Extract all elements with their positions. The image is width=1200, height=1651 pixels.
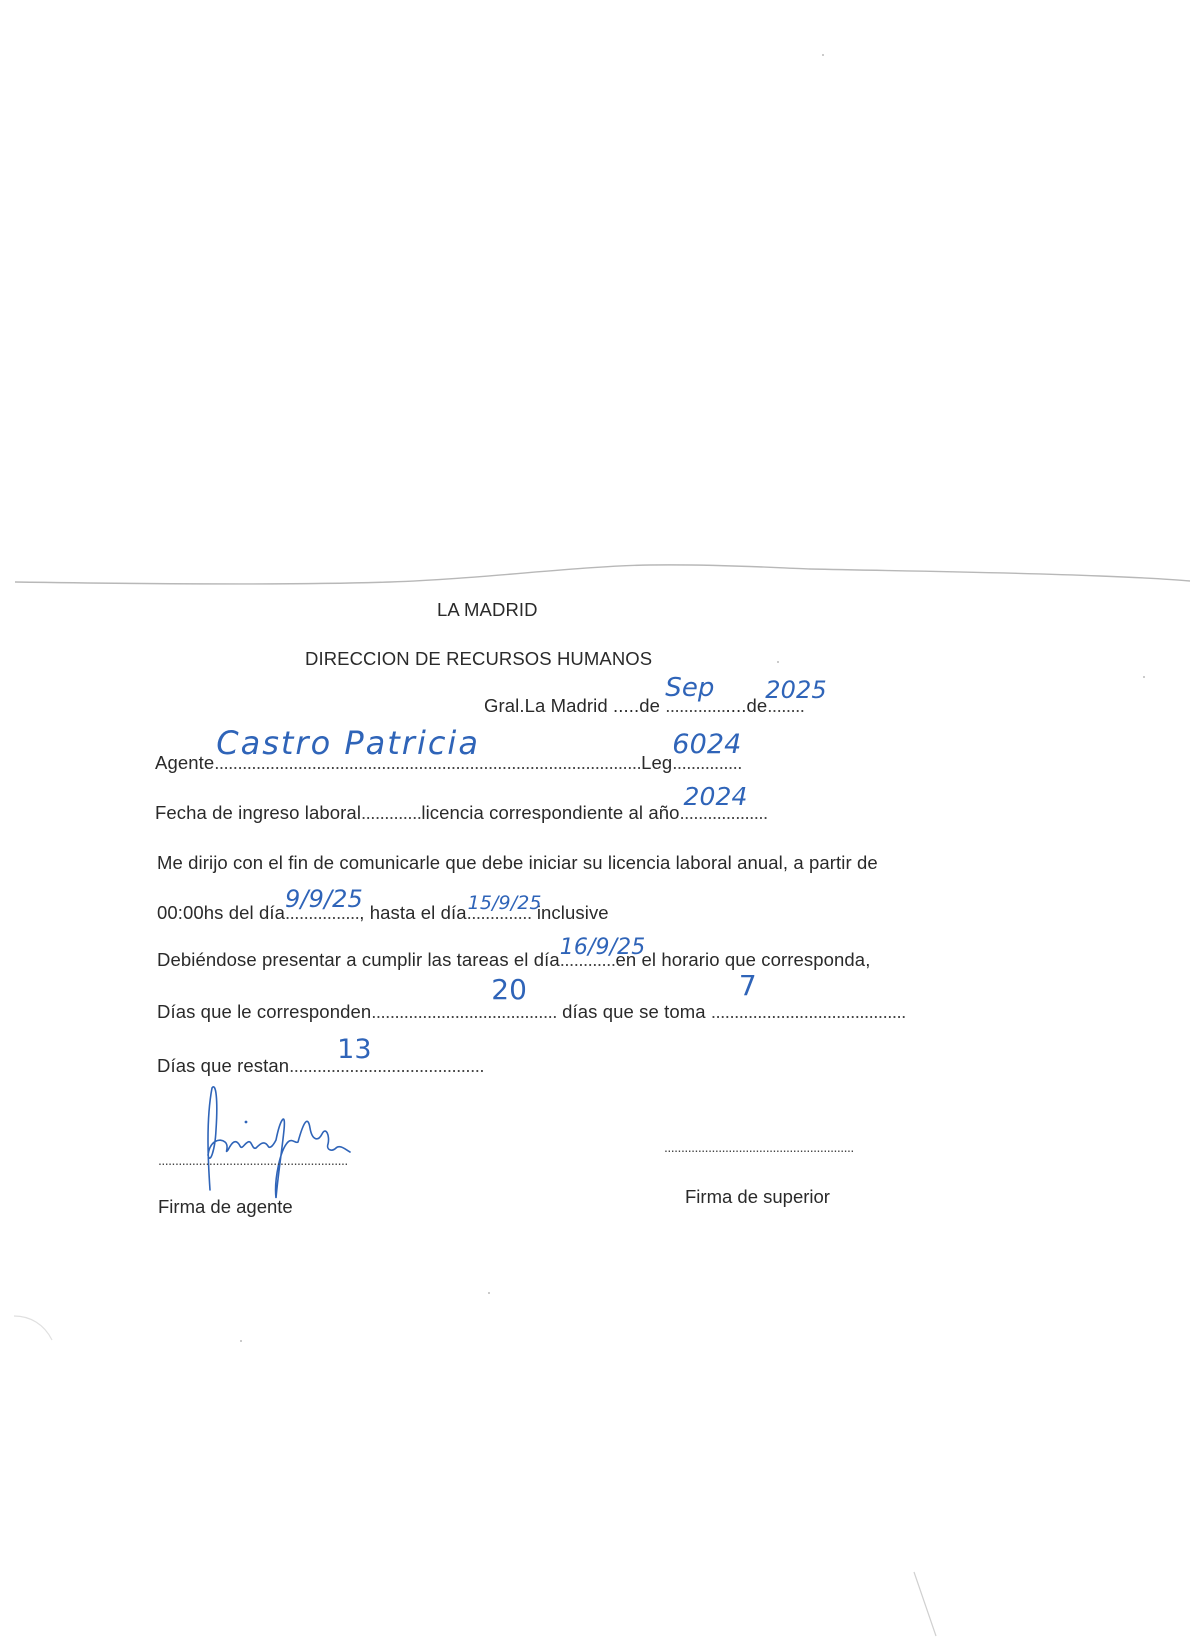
entitled-handwritten: 20 — [491, 978, 527, 1002]
superior-signature-label: Firma de superior — [685, 1186, 830, 1208]
org-title: LA MADRID — [437, 598, 538, 622]
month-handwritten: Sep — [665, 676, 714, 700]
license-year-field: ...................2024 — [680, 801, 768, 825]
days-line: Días que le corresponden................… — [157, 1000, 906, 1024]
remaining-field: ........................................… — [289, 1054, 484, 1078]
department-title: DIRECCION DE RECURSOS HUMANOS — [305, 647, 652, 671]
start-date-handwritten: 9/9/25 — [285, 887, 363, 911]
license-year-handwritten: 2024 — [684, 785, 748, 809]
return-line: Debiéndose presentar a cumplir las tarea… — [157, 948, 870, 972]
leg-handwritten: 6024 — [672, 733, 741, 757]
scan-speck — [777, 661, 779, 663]
month-field: .............Sep — [665, 694, 725, 718]
superior-signature-line: ........................................… — [664, 1139, 854, 1155]
entry-label: Fecha de ingreso laboral — [155, 802, 361, 823]
scan-speck — [1143, 676, 1145, 678]
license-year-label: licencia correspondiente al año — [421, 802, 679, 823]
leg-field: ...............6024 — [672, 751, 742, 775]
agent-signature — [180, 1080, 370, 1210]
place-date-line: Gral.La Madrid .....de .............Sep.… — [484, 694, 804, 718]
taken-label: días que se toma — [557, 1001, 711, 1022]
place-date-middle: ....de — [726, 695, 768, 716]
end-suffix: inclusive — [532, 902, 609, 923]
agent-signature-line: ........................................… — [158, 1152, 348, 1168]
leg-label: Leg — [641, 752, 672, 773]
start-prefix: 00:00hs del día — [157, 902, 285, 923]
scan-streak — [910, 1570, 940, 1640]
entitled-field: ........................................… — [371, 1000, 557, 1024]
end-date-handwritten: 15/9/25 — [468, 891, 542, 915]
taken-field: ........................................… — [711, 1000, 906, 1024]
remaining-label: Días que restan — [157, 1055, 289, 1076]
scan-speck — [822, 54, 824, 56]
intro-text: Me dirijo con el fin de comunicarle que … — [157, 851, 878, 875]
agent-name-handwritten: Castro Patricia — [216, 731, 480, 755]
entry-line: Fecha de ingreso laboral.............lic… — [155, 801, 768, 825]
agent-name-field: ........................................… — [214, 751, 641, 775]
year-field: ........2025 — [767, 694, 804, 718]
scan-speck — [488, 1292, 490, 1294]
return-prefix: Debiéndose presentar a cumplir las tarea… — [157, 949, 560, 970]
return-date-handwritten: 16/9/25 — [560, 936, 646, 960]
taken-handwritten: 7 — [739, 974, 757, 998]
page-edge-line — [0, 560, 1200, 600]
dates-line: 00:00hs del día................9/9/25, h… — [157, 901, 609, 925]
agent-signature-label: Firma de agente — [158, 1196, 293, 1218]
year-handwritten: 2025 — [765, 678, 826, 702]
scanned-page: LA MADRID DIRECCION DE RECURSOS HUMANOS … — [0, 0, 1200, 1651]
scan-speck — [240, 1340, 242, 1342]
entitled-label: Días que le corresponden — [157, 1001, 371, 1022]
remaining-line: Días que restan.........................… — [157, 1054, 484, 1078]
agent-label: Agente — [155, 752, 214, 773]
place-date-prefix: Gral.La Madrid .....de — [484, 695, 665, 716]
end-date-field: ..............15/9/25 — [467, 901, 532, 925]
remaining-handwritten: 13 — [337, 1038, 372, 1062]
end-prefix: , hasta el día — [359, 902, 466, 923]
scan-streak — [10, 1310, 60, 1350]
return-suffix: en el horario que corresponda, — [615, 949, 870, 970]
start-date-field: ................9/9/25 — [285, 901, 359, 925]
agent-line: Agente..................................… — [155, 751, 742, 775]
return-date-field: ............16/9/25 — [560, 948, 616, 972]
